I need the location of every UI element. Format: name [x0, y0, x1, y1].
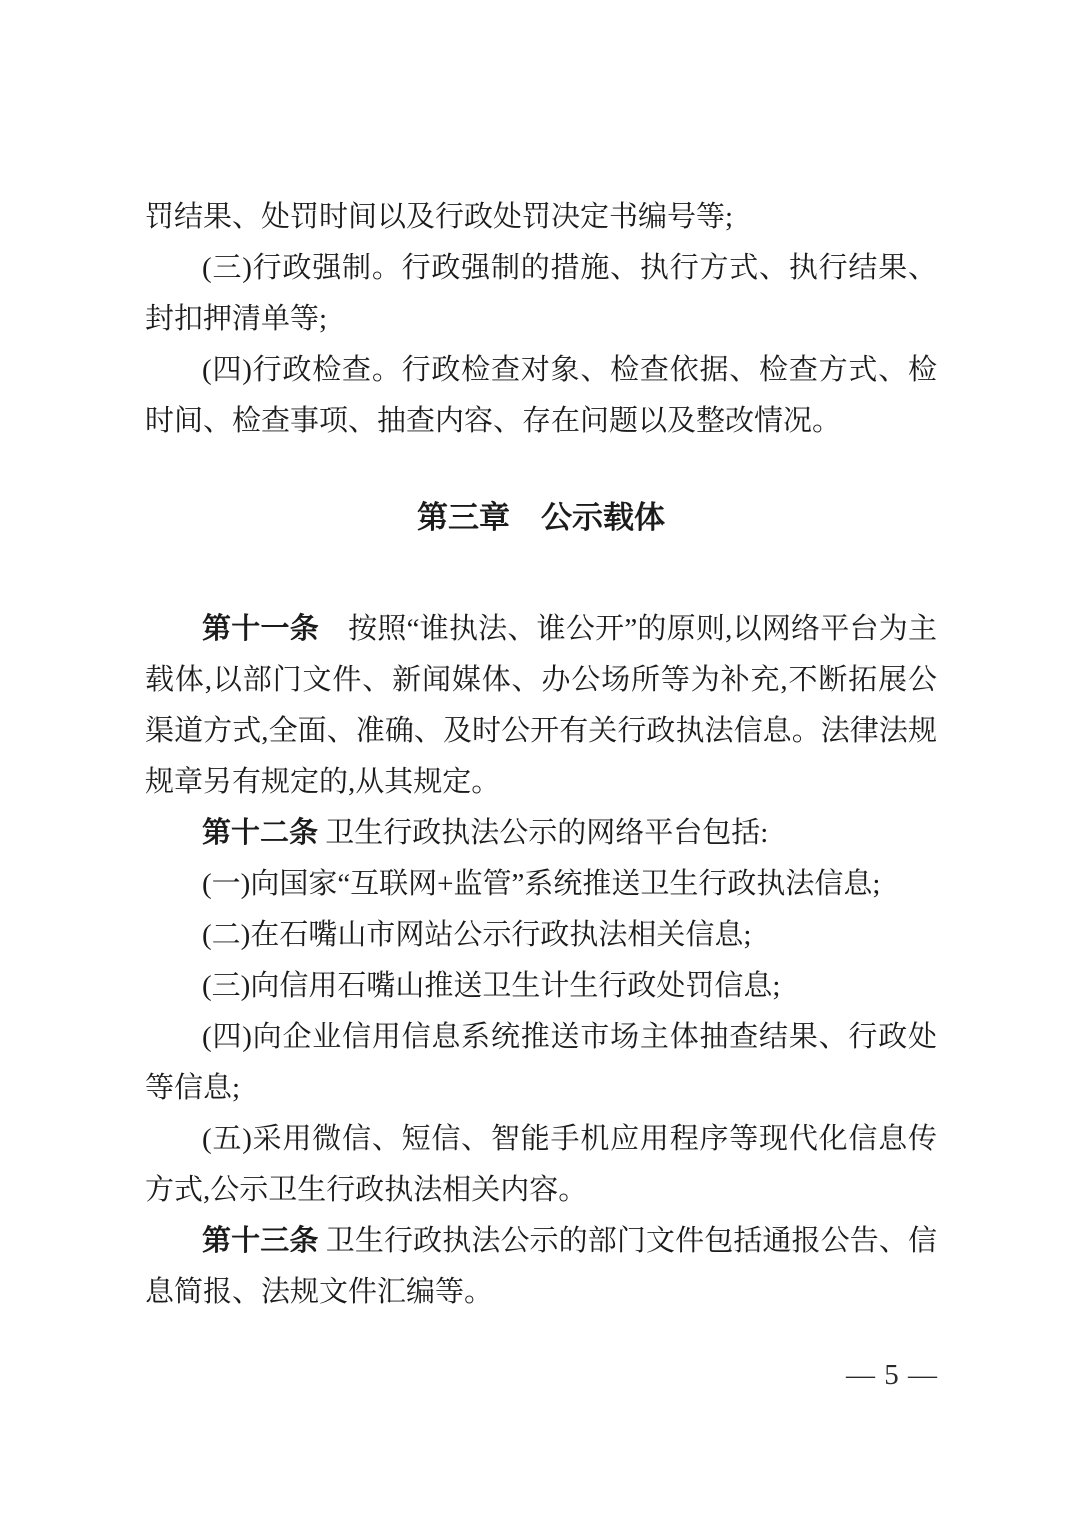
text-line: 罚结果、处罚时间以及行政处罚决定书编号等;	[145, 192, 937, 243]
text-line: 第十三条 卫生行政执法公示的部门文件包括通报公告、信	[145, 1216, 937, 1267]
text-line: 等信息;	[145, 1063, 937, 1114]
text-line: 第十一条 按照“谁执法、谁公开”的原则,以网络平台为主要	[145, 604, 937, 655]
text-line: (四)向企业信用信息系统推送市场主体抽查结果、行政处罚	[145, 1012, 937, 1063]
text-line: 载体,以部门文件、新闻媒体、办公场所等为补充,不断拓展公开	[145, 655, 937, 706]
document-page: 罚结果、处罚时间以及行政处罚决定书编号等;(三)行政强制。行政强制的措施、执行方…	[0, 0, 1074, 1520]
page-number: — 5 —	[840, 1355, 944, 1395]
text-line: 封扣押清单等;	[145, 294, 937, 345]
text-line: 方式,公示卫生行政执法相关内容。	[145, 1165, 937, 1216]
text-line: 规章另有规定的,从其规定。	[145, 757, 937, 808]
text-line: 渠道方式,全面、准确、及时公开有关行政执法信息。法律法规	[145, 706, 937, 757]
document-body: 罚结果、处罚时间以及行政处罚决定书编号等;(三)行政强制。行政强制的措施、执行方…	[145, 192, 937, 1318]
text-line: (二)在石嘴山市网站公示行政执法相关信息;	[145, 910, 937, 961]
text-line: 第十二条 卫生行政执法公示的网络平台包括:	[145, 808, 937, 859]
text-line: (四)行政检查。行政检查对象、检查依据、检查方式、检查	[145, 345, 937, 396]
text-line: (五)采用微信、短信、智能手机应用程序等现代化信息传播	[145, 1114, 937, 1165]
text-line: (三)行政强制。行政强制的措施、执行方式、执行结果、查	[145, 243, 937, 294]
article-number: 第十二条	[202, 817, 318, 849]
chapter-heading: 第三章 公示载体	[145, 492, 937, 543]
text-line: (一)向国家“互联网+监管”系统推送卫生行政执法信息;	[145, 859, 937, 910]
article-number: 第十三条	[202, 1225, 318, 1257]
text-line: 时间、检查事项、抽查内容、存在问题以及整改情况。	[145, 396, 937, 447]
text-line: 息简报、法规文件汇编等。	[145, 1267, 937, 1318]
article-number: 第十一条	[202, 613, 319, 645]
text-line: (三)向信用石嘴山推送卫生计生行政处罚信息;	[145, 961, 937, 1012]
